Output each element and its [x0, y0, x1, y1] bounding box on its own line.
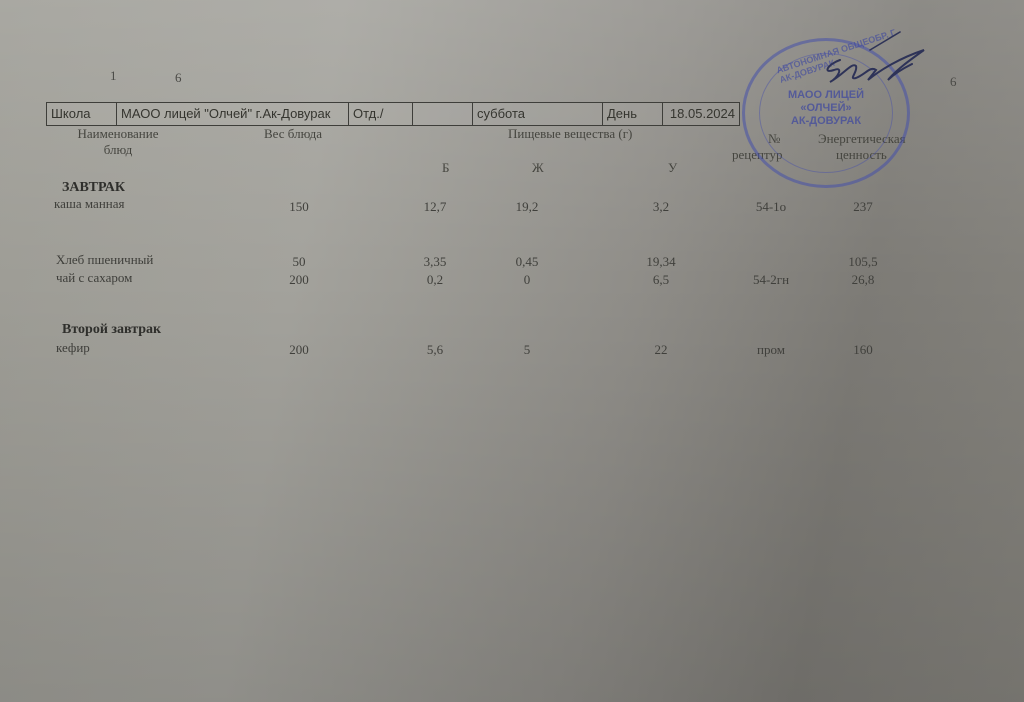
dish-recipe: 54-2гн — [736, 272, 806, 288]
dish-fat: 0 — [492, 272, 562, 288]
dish-protein: 3,35 — [400, 254, 470, 270]
branch-label: Отд./корп — [349, 103, 413, 125]
dish-fat: 0,45 — [492, 254, 562, 270]
dish-energy: 105,5 — [828, 254, 898, 270]
school-name: МАОО лицей "Олчей" г.Ак-Довурак — [117, 103, 349, 125]
section-title-breakfast: ЗАВТРАК — [62, 180, 125, 196]
day-label: День — [603, 103, 663, 125]
dish-recipe: 54-1о — [736, 199, 806, 215]
dish-name: Хлеб пшеничный — [56, 252, 153, 268]
dish-weight: 150 — [264, 199, 334, 215]
dish-energy: 237 — [828, 199, 898, 215]
section-title-second-breakfast: Второй завтрак — [62, 322, 161, 338]
dish-fat: 19,2 — [492, 199, 562, 215]
page-marker-2: 6 — [175, 70, 182, 86]
column-fat: Ж — [532, 160, 544, 176]
branch-value — [413, 103, 473, 125]
dish-energy: 160 — [828, 342, 898, 358]
column-carbs: У — [668, 160, 677, 176]
dish-energy: 26,8 — [828, 272, 898, 288]
dish-fat: 5 — [492, 342, 562, 358]
dish-carbs: 22 — [626, 342, 696, 358]
weekday: суббота — [473, 103, 603, 125]
document-header-table: Школа МАОО лицей "Олчей" г.Ак-Довурак От… — [46, 102, 740, 126]
page-marker-1: 1 — [110, 68, 117, 84]
stamp-line-2: «ОЛЧЕЙ» — [745, 102, 907, 115]
dish-weight: 50 — [264, 254, 334, 270]
dish-weight: 200 — [264, 272, 334, 288]
dish-weight: 200 — [264, 342, 334, 358]
school-label: Школа — [47, 103, 117, 125]
dish-name: каша манная — [54, 196, 125, 212]
dish-protein: 0,2 — [400, 272, 470, 288]
dish-name: кефир — [56, 340, 90, 356]
dish-recipe: пром — [736, 342, 806, 358]
column-dish-name-line1: Наименование — [68, 126, 168, 142]
dish-protein: 5,6 — [400, 342, 470, 358]
column-protein: Б — [442, 160, 449, 176]
column-dish-name: Наименование блюд — [68, 126, 168, 158]
dish-carbs: 3,2 — [626, 199, 696, 215]
date: 18.05.2024 — [663, 103, 739, 125]
page-marker-3: 6 — [950, 74, 957, 90]
dish-protein: 12,7 — [400, 199, 470, 215]
dish-carbs: 19,34 — [626, 254, 696, 270]
column-weight: Вес блюда — [264, 126, 322, 142]
column-dish-name-line2: блюд — [68, 142, 168, 158]
dish-carbs: 6,5 — [626, 272, 696, 288]
signature-icon — [800, 30, 940, 100]
dish-name: чай с сахаром — [56, 270, 132, 286]
stamp-line-3: АК-ДОВУРАК — [745, 115, 907, 128]
column-nutrients: Пищевые вещества (г) — [508, 126, 632, 142]
